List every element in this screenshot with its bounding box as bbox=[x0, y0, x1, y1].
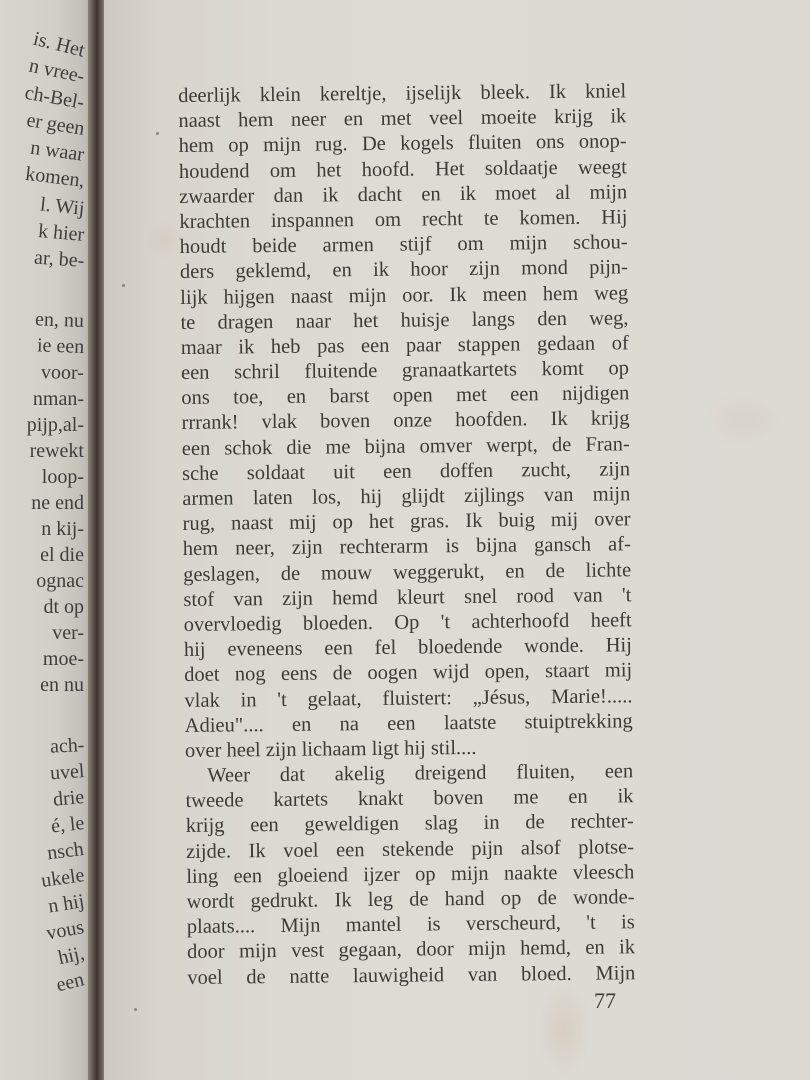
right-page: deerlijk klein kereltje, ijselijk bleek.… bbox=[104, 0, 810, 1080]
left-text-fragment: een bbox=[54, 968, 87, 997]
left-text-fragment: ach- bbox=[49, 734, 85, 759]
left-text-fragment: n kij- bbox=[41, 518, 84, 541]
left-text-fragment: ie een bbox=[36, 334, 84, 359]
left-text-fragment: voor- bbox=[41, 361, 84, 385]
page-number: 77 bbox=[594, 988, 616, 1014]
left-text-fragment: k hier bbox=[37, 220, 85, 247]
left-text-fragment: ne end bbox=[31, 492, 84, 515]
paper-speck bbox=[156, 132, 159, 135]
left-text-fragment: rewekt bbox=[30, 440, 84, 463]
left-text-fragment: vous bbox=[45, 916, 86, 945]
left-text-fragment: nsch bbox=[46, 838, 85, 865]
text-line: voel de natte lauwigheid van bloed. Mijn bbox=[187, 961, 635, 991]
left-text-fragment: é, le bbox=[50, 812, 86, 838]
paper-speck bbox=[122, 284, 125, 287]
left-text-fragment: pijp,al- bbox=[27, 414, 84, 437]
body-text: deerlijk klein kereltje, ijselijk bleek.… bbox=[178, 79, 635, 990]
left-text-fragment: dt op bbox=[43, 596, 84, 619]
left-text-fragment: ver- bbox=[52, 622, 84, 645]
book-spread: is. Het n vree- ch-Bel- er geen n waar k… bbox=[0, 0, 810, 1080]
left-text-fragment: moe- bbox=[43, 648, 84, 671]
left-text-fragment: loop- bbox=[42, 466, 84, 489]
left-text-fragment: ukele bbox=[40, 864, 86, 893]
left-text-fragment: ar, be- bbox=[33, 247, 85, 273]
left-text-fragment: komen, bbox=[24, 163, 86, 193]
left-text-fragment: n waar bbox=[29, 137, 86, 167]
left-text-fragment: drie bbox=[52, 786, 85, 812]
left-text-fragment: ognac bbox=[36, 570, 84, 593]
paper-speck bbox=[134, 1008, 137, 1011]
left-text-fragment: en nu bbox=[40, 674, 84, 697]
left-text-fragment: el die bbox=[40, 544, 84, 567]
left-page-edge: is. Het n vree- ch-Bel- er geen n waar k… bbox=[0, 0, 92, 1080]
left-text-fragment: n hij bbox=[47, 890, 86, 918]
left-text-fragment: l. Wij bbox=[39, 193, 86, 221]
left-text-fragment: nman- bbox=[33, 388, 84, 411]
text-line: Adieu".... en na een laatste stuiptrekki… bbox=[185, 709, 633, 739]
left-text-fragment: hij, bbox=[56, 942, 86, 970]
left-text-fragment: en, nu bbox=[35, 308, 85, 333]
left-text-fragment: uvel bbox=[49, 760, 85, 785]
